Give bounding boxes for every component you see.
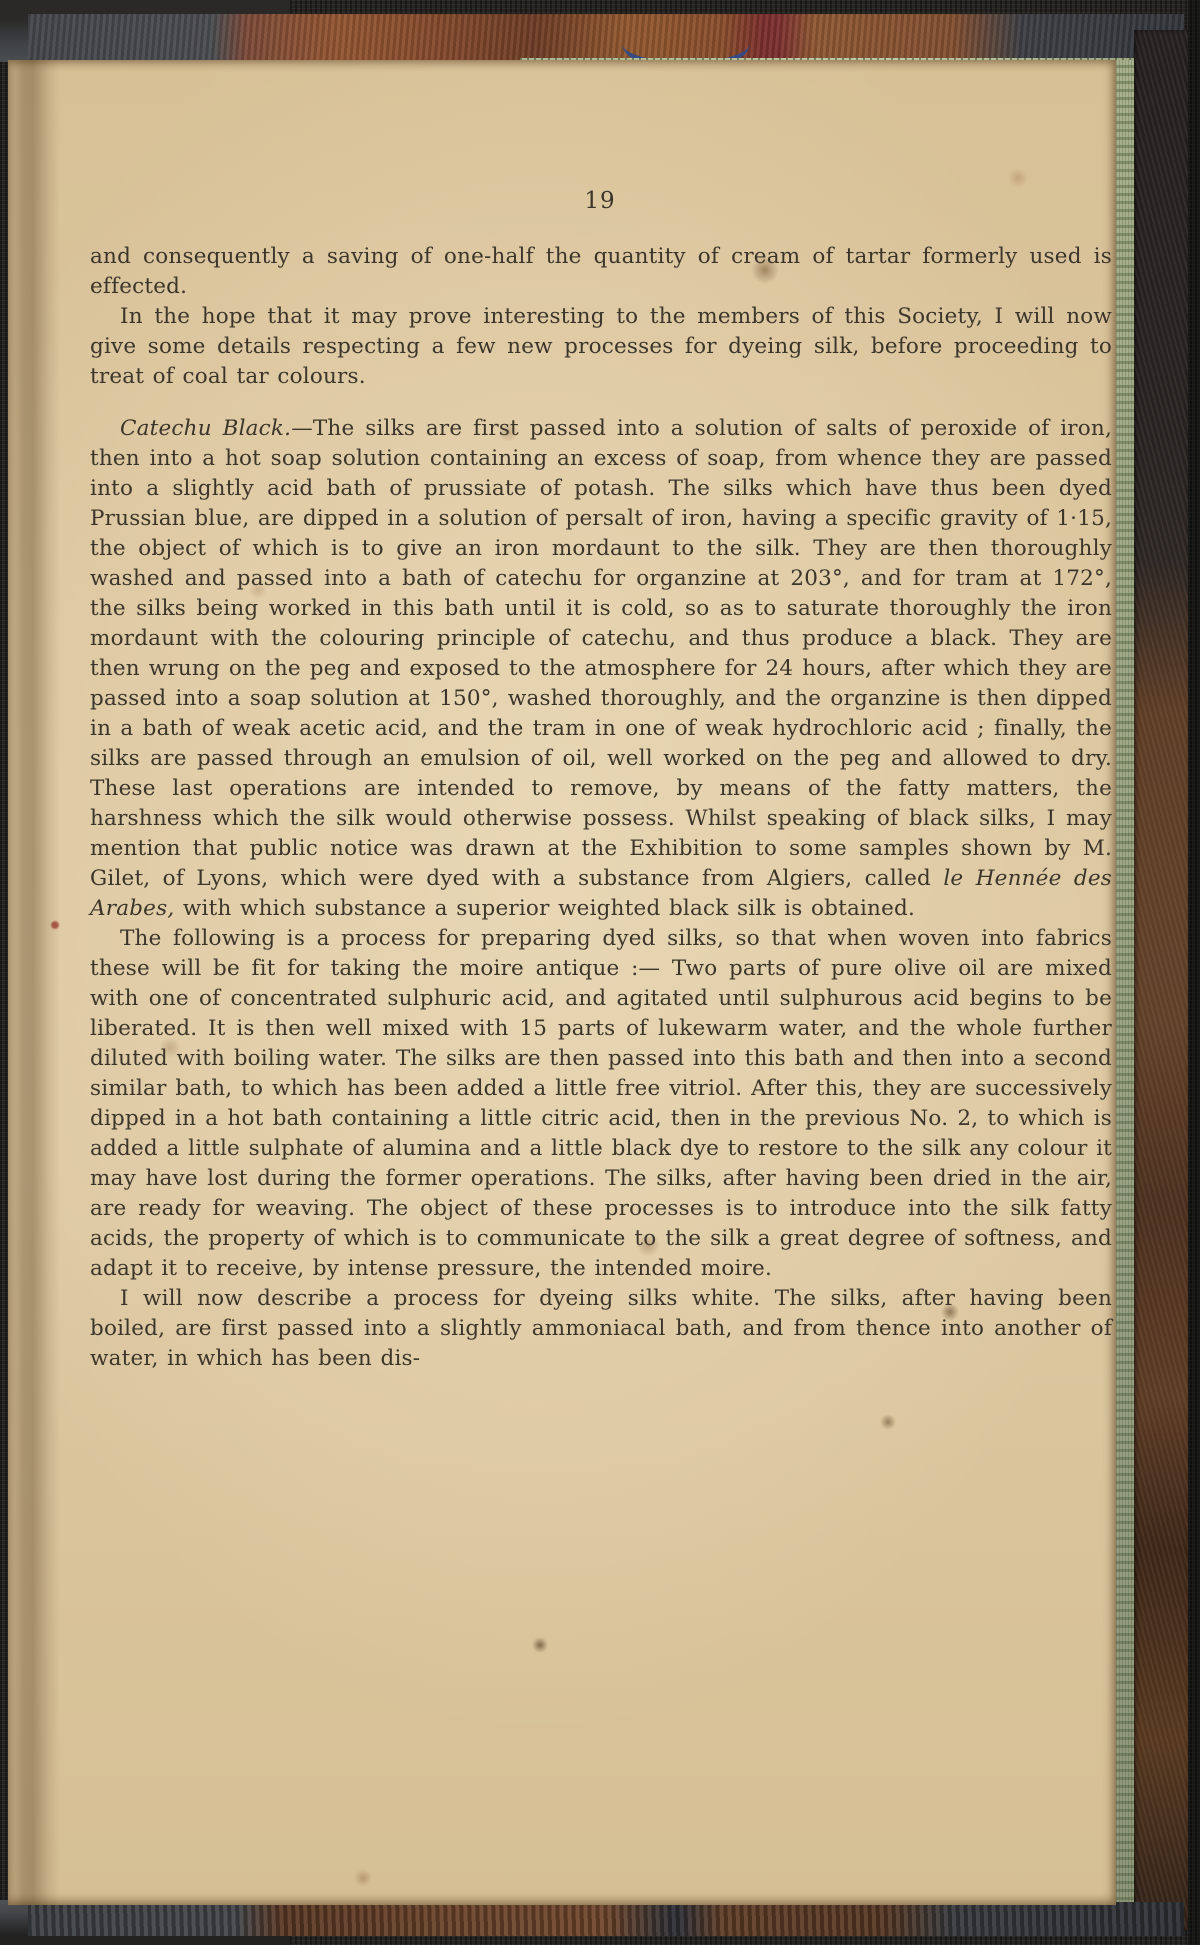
body-text: and consequently a saving of one-half th…	[90, 244, 1112, 299]
marbled-cover-top-edge	[28, 14, 1184, 64]
leather-binding-right	[1134, 30, 1188, 1930]
scanned-book-page: 19 and consequently a saving of one-half…	[0, 0, 1200, 1945]
body-text: with which substance a superior weighted…	[174, 896, 915, 921]
page-text: and consequently a saving of one-half th…	[90, 242, 1112, 1374]
cloth-background-right	[1188, 0, 1200, 1945]
paragraph: I will now describe a process for dyeing…	[90, 1284, 1112, 1374]
gutter-shadow	[8, 60, 60, 1905]
marbled-cover-bottom-edge	[28, 1902, 1184, 1936]
paragraph: and consequently a saving of one-half th…	[90, 242, 1112, 302]
italic-text: Catechu Black.	[120, 416, 291, 441]
body-text: The following is a process for preparing…	[90, 926, 1112, 1281]
book-page: 19 and consequently a saving of one-half…	[8, 60, 1116, 1905]
paragraph: In the hope that it may prove interestin…	[90, 302, 1112, 392]
paragraph: Catechu Black.—The silks are first passe…	[90, 414, 1112, 924]
body-text: I will now describe a process for dyeing…	[90, 1286, 1112, 1371]
page-number: 19	[90, 188, 1110, 214]
page-edges-right	[1116, 60, 1134, 1908]
paragraph: The following is a process for preparing…	[90, 924, 1112, 1284]
body-text: —The silks are first passed into a solut…	[90, 416, 1112, 891]
body-text: In the hope that it may prove interestin…	[90, 304, 1112, 389]
